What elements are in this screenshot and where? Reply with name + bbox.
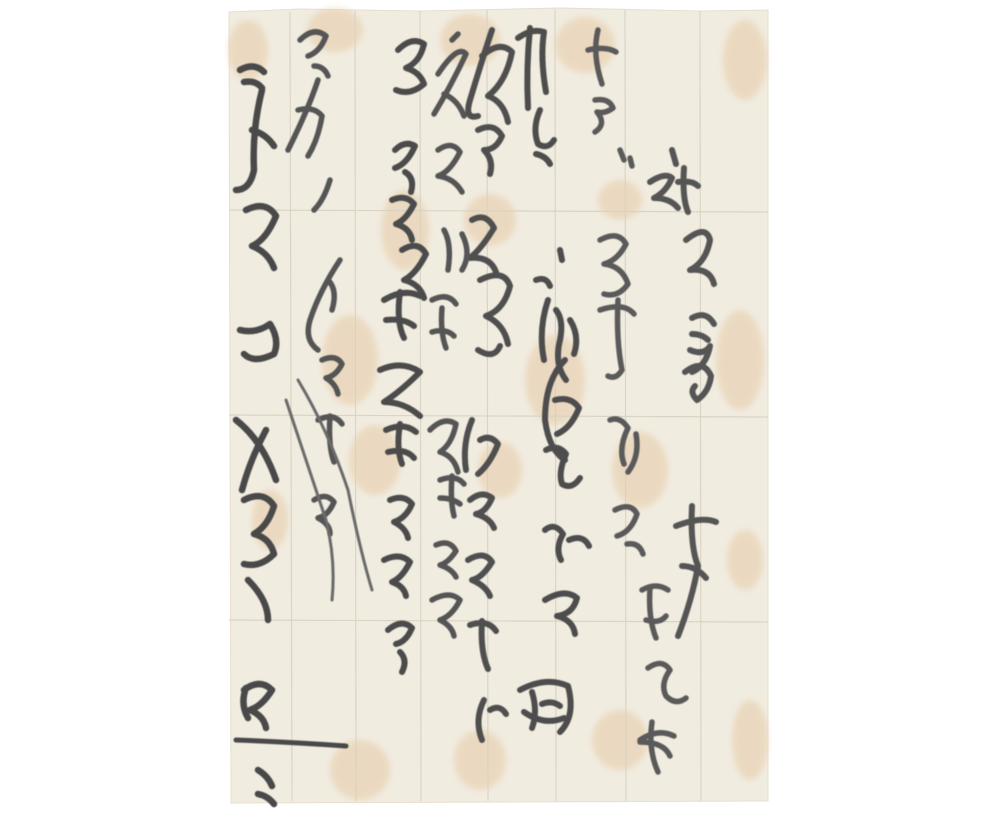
photo-scene: Chinese cursive-script calligraphy lette… [0, 0, 1000, 820]
calligraphy-paper [0, 0, 1000, 820]
